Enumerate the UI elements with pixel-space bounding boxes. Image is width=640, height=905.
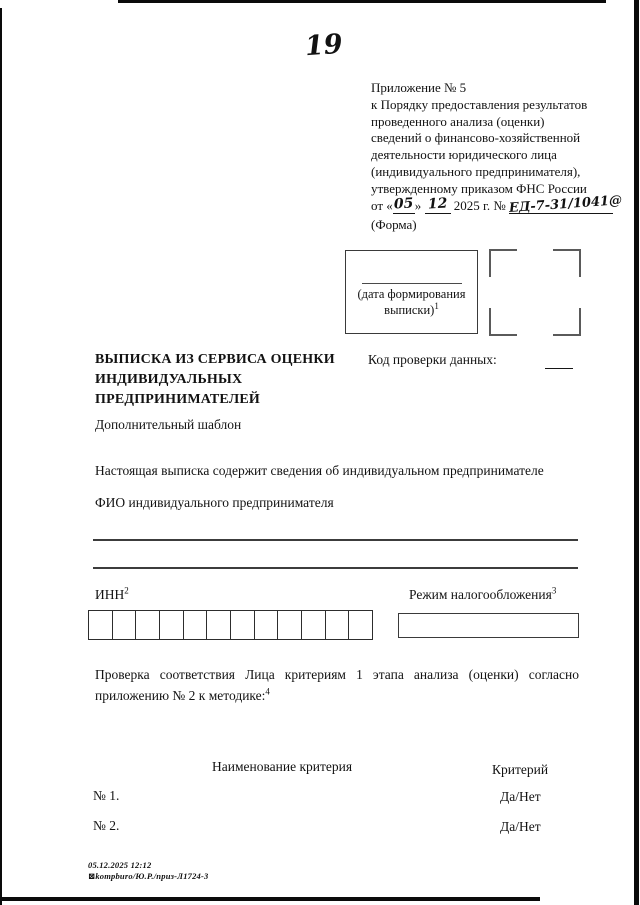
fio-fill-line-2	[93, 567, 578, 569]
footnote-marker-1: 1	[434, 301, 439, 311]
inn-digit-cell	[255, 611, 279, 639]
header-line: к Порядку предоставления результатов	[371, 97, 616, 114]
header-line: проведенного анализа (оценки)	[371, 114, 616, 131]
inn-digit-cell	[160, 611, 184, 639]
inn-digit-cell	[113, 611, 137, 639]
order-day-blank: 05	[393, 201, 415, 214]
inn-digit-cell	[326, 611, 350, 639]
header-line: сведений о финансово-хозяйственной	[371, 130, 616, 147]
inn-digit-cell	[136, 611, 160, 639]
criteria-row-value: Да/Нет	[500, 819, 541, 835]
order-number-blank: ЕД-7-31/1041@	[509, 201, 613, 214]
criteria-row-number: № 2.	[93, 818, 119, 834]
date-box-caption-text: выписки)	[384, 303, 434, 317]
inn-label-text: ИНН	[95, 587, 124, 602]
handwritten-day: 05	[394, 198, 414, 209]
stamp-corner-top-right	[553, 249, 581, 277]
handwritten-order-number: ЕД-7-31/1041@	[509, 196, 623, 214]
fio-label: ФИО индивидуального предпринимателя	[95, 495, 334, 511]
scan-border-left	[0, 8, 2, 905]
stamp-corner-bottom-left	[489, 308, 517, 336]
footnote-marker-3: 3	[552, 586, 557, 596]
form-label: (Форма)	[371, 217, 417, 233]
tax-regime-box	[398, 613, 579, 638]
inn-digit-cell	[89, 611, 113, 639]
inn-digit-cell	[349, 611, 372, 639]
header-line: (индивидуального предпринимателя),	[371, 164, 616, 181]
criteria-row-number: № 1.	[93, 788, 119, 804]
document-subtitle: Дополнительный шаблон	[95, 417, 241, 433]
order-year-text: 2025 г. №	[454, 198, 506, 213]
date-fill-line	[362, 283, 462, 284]
handwritten-month: 12	[427, 198, 447, 209]
criteria-value-header: Критерий	[492, 762, 548, 778]
order-date-number-line: от «05» 12 2025 г. № ЕД-7-31/1041@	[371, 198, 616, 215]
appendix-header-block: Приложение № 5 к Порядку предоставления …	[371, 80, 616, 214]
handwritten-page-number: 19	[304, 29, 344, 63]
scan-border-bottom	[0, 897, 540, 901]
footnote-marker-4: 4	[265, 687, 270, 697]
date-box-caption-line2: выписки)1	[346, 302, 477, 318]
print-footer: 05.12.2025 12:12 ⊠kompburo/Ю.Р./приз-Л17…	[88, 860, 208, 882]
order-month-blank: 12	[425, 201, 451, 214]
tax-regime-label-text: Режим налогообложения	[409, 587, 552, 602]
inn-digit-cell	[302, 611, 326, 639]
scan-border-top	[118, 0, 606, 3]
header-line: Приложение № 5	[371, 80, 616, 97]
order-line-prefix: от «	[371, 198, 393, 213]
stamp-placeholder-box	[489, 249, 581, 336]
order-close-quote: »	[415, 198, 422, 213]
footer-timestamp: 05.12.2025 12:12	[88, 860, 208, 871]
extract-date-box: (дата формирования выписки)1	[345, 250, 478, 334]
stamp-corner-bottom-right	[553, 308, 581, 336]
inn-digit-cell	[231, 611, 255, 639]
footer-reference: ⊠kompburo/Ю.Р./приз-Л1724-3	[88, 871, 208, 882]
inn-digit-grid	[88, 610, 373, 640]
footnote-marker-2: 2	[124, 586, 129, 596]
tax-regime-label: Режим налогообложения3	[409, 587, 556, 603]
intro-text: Настоящая выписка содержит сведения об и…	[95, 463, 544, 479]
criteria-name-header: Наименование критерия	[212, 759, 352, 775]
criteria-check-text: Проверка соответствия Лица критериям 1 э…	[95, 667, 579, 703]
inn-digit-cell	[184, 611, 208, 639]
inn-digit-cell	[278, 611, 302, 639]
document-title: ВЫПИСКА ИЗ СЕРВИСА ОЦЕНКИ ИНДИВИДУАЛЬНЫХ…	[95, 350, 350, 410]
scan-border-right	[634, 0, 639, 905]
stamp-corner-top-left	[489, 249, 517, 277]
scanned-document-page: 19 Приложение № 5 к Порядку предоставлен…	[0, 0, 640, 905]
criteria-row-value: Да/Нет	[500, 789, 541, 805]
header-line: деятельности юридического лица	[371, 147, 616, 164]
inn-digit-cell	[207, 611, 231, 639]
criteria-check-paragraph: Проверка соответствия Лица критериям 1 э…	[95, 664, 579, 706]
date-box-caption-line1: (дата формирования	[346, 286, 477, 302]
fio-fill-line-1	[93, 539, 578, 541]
verification-code-label: Код проверки данных:	[368, 352, 497, 368]
inn-label: ИНН2	[95, 587, 129, 603]
verification-code-blank	[545, 368, 573, 369]
